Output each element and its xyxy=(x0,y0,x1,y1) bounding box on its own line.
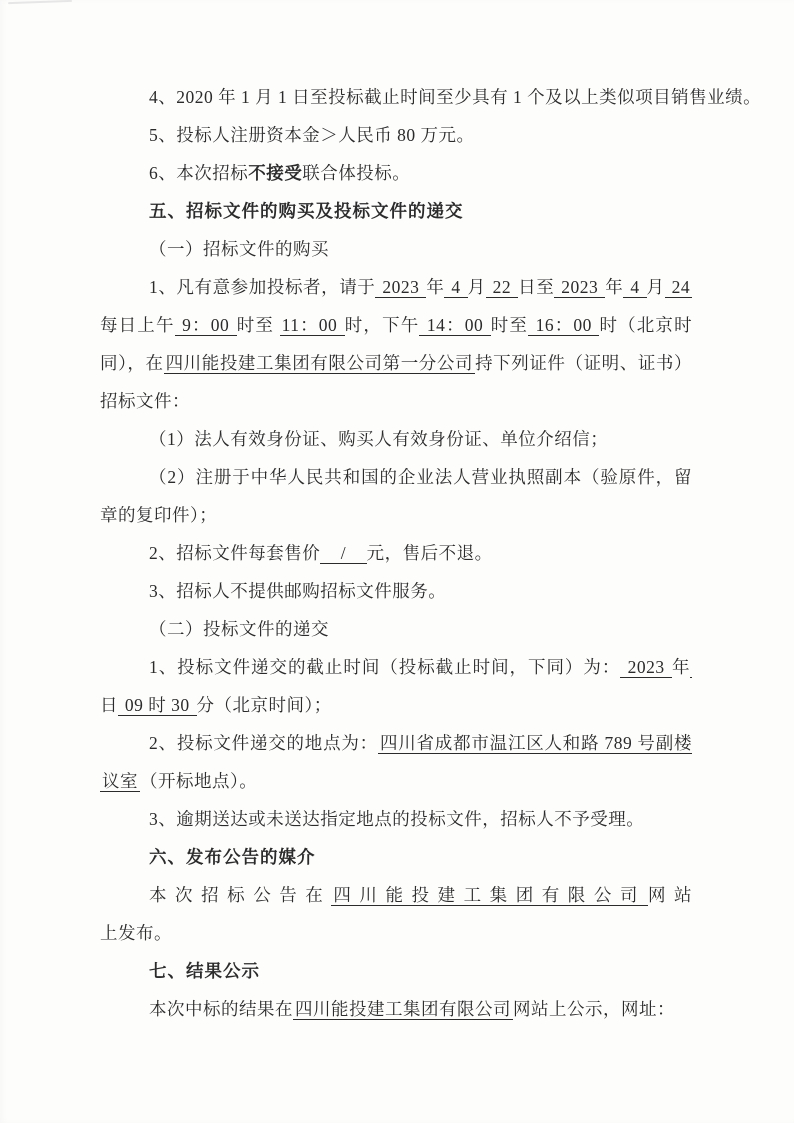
para-purchase-place: 同），在四川能投建工集团有限公司第一分公司持下列证件（证明、证书）购买 xyxy=(100,344,692,382)
text-segment: 4、2020 年 1 月 1 日至投标截止时间至少具有 1 个及以上类似项目销售… xyxy=(149,87,761,107)
text-segment: 本次招标公告在 xyxy=(149,885,331,905)
price-blank-value: / xyxy=(320,543,366,564)
underlined-field: 11：00 xyxy=(280,315,345,336)
document-body: 4、2020 年 1 月 1 日至投标截止时间至少具有 1 个及以上类似项目销售… xyxy=(100,78,692,1028)
underlined-field: 16：00 xyxy=(528,315,599,336)
heading-section-5: 五、招标文件的购买及投标文件的递交 xyxy=(100,192,692,230)
item-no-mail-order: 3、招标人不提供邮购招标文件服务。 xyxy=(100,572,692,610)
text-segment: 3、招标人不提供邮购招标文件服务。 xyxy=(149,581,446,601)
text-segment: 六、发布公告的媒介 xyxy=(149,847,316,867)
text-segment: 年 xyxy=(605,277,623,297)
text-segment: 时至 xyxy=(237,315,280,335)
underlined-field: 2023 xyxy=(620,657,672,678)
text-segment: 年 xyxy=(672,657,690,677)
para-submission-address-end: 议室（开标地点）。 xyxy=(100,762,692,800)
publisher-company-name: 四川能投建工集团有限公司 xyxy=(331,885,648,906)
text-segment: 日 xyxy=(100,695,118,715)
underlined-field: 4 xyxy=(623,277,646,298)
item-price: 2、招标文件每套售价 / 元，售后不退。 xyxy=(100,534,692,572)
emphasized-text: 不接受 xyxy=(248,163,302,183)
purchase-location-company: 四川能投建工集团有限公司第一分公司 xyxy=(164,353,475,374)
text-segment: （2）注册于中华人民共和国的企业法人营业执照副本（验原件，留加盖鲜 xyxy=(149,467,692,496)
underlined-field: 14：00 xyxy=(419,315,490,336)
item-cert-2-end: 章的复印件）； xyxy=(100,496,692,534)
text-segment: 日至 xyxy=(518,277,554,297)
underlined-field: 9：00 xyxy=(175,315,237,336)
text-segment: 联合体投标。 xyxy=(302,163,410,183)
item-6-no-consortium: 6、本次招标不接受联合体投标。 xyxy=(100,154,692,192)
underlined-field: 2023 xyxy=(554,277,605,298)
para-deadline: 1、投标文件递交的截止时间（投标截止时间，下同）为： 2023 年 4 月 27 xyxy=(100,648,692,686)
text-segment: 2、投标文件递交的地点为： xyxy=(149,733,378,753)
underlined-field: 2023 xyxy=(375,277,426,298)
item-4-sales-record: 4、2020 年 1 月 1 日至投标截止时间至少具有 1 个及以上类似项目销售… xyxy=(100,78,692,116)
text-segment: （一）招标文件的购买 xyxy=(149,239,329,259)
para-purchase-hours: 每日上午 9：00 时至 11：00 时，下午 14：00 时至 16：00 时… xyxy=(100,306,692,344)
text-segment: 月 xyxy=(647,277,665,297)
text-segment: 月 xyxy=(468,277,486,297)
text-segment: 上发布。 xyxy=(100,923,172,943)
text-segment: （1）法人有效身份证、购买人有效身份证、单位介绍信； xyxy=(149,429,608,449)
text-segment: 章的复印件）； xyxy=(100,505,217,525)
para-result: 本次中标的结果在四川能投建工集团有限公司网站上公示，网址： xyxy=(100,990,692,1028)
text-segment: 6、本次招标 xyxy=(149,163,248,183)
result-company-name: 四川能投建工集团有限公司 xyxy=(293,999,513,1020)
para-submission-address: 2、投标文件递交的地点为：四川省成都市温江区人和路 789 号副楼 2 楼会 xyxy=(100,724,692,762)
text-segment: 3、逾期送达或未送达指定地点的投标文件，招标人不予受理。 xyxy=(149,809,644,829)
item-cert-1: （1）法人有效身份证、购买人有效身份证、单位介绍信； xyxy=(100,420,692,458)
text-segment: 七、结果公示 xyxy=(149,961,260,981)
scan-artifact xyxy=(8,0,72,4)
item-5-registered-capital: 5、投标人注册资本金＞人民币 80 万元。 xyxy=(100,116,692,154)
submission-address-cont: 议室 xyxy=(100,771,140,792)
para-deadline-end: 日 09 时 30 分（北京时间）； xyxy=(100,686,692,724)
text-segment: 时至 xyxy=(491,315,528,335)
text-segment: 本次中标的结果在 xyxy=(149,999,293,1019)
text-segment: 5、投标人注册资本金＞人民币 80 万元。 xyxy=(149,125,475,145)
item-cert-2: （2）注册于中华人民共和国的企业法人营业执照副本（验原件，留加盖鲜 xyxy=(100,458,692,496)
text-segment: 2、招标文件每套售价 xyxy=(149,543,320,563)
para-announcement: 本次招标公告在四川能投建工集团有限公司网站 https://jgjt.scnyw… xyxy=(100,876,692,914)
subheading-purchase: （一）招标文件的购买 xyxy=(100,230,692,268)
item-overdue: 3、逾期送达或未送达指定地点的投标文件，招标人不予受理。 xyxy=(100,800,692,838)
scanned-document-page: 4、2020 年 1 月 1 日至投标截止时间至少具有 1 个及以上类似项目销售… xyxy=(0,0,794,1123)
text-segment: 招标文件： xyxy=(100,391,190,411)
text-segment: （二）投标文件的递交 xyxy=(149,619,329,639)
para-announcement-end: 上发布。 xyxy=(100,914,692,952)
underlined-field: 09 时 30 xyxy=(118,695,197,716)
text-segment: 同），在 xyxy=(100,353,164,373)
underlined-field: 22 xyxy=(486,277,518,298)
text-segment: 1、凡有意参加投标者，请于 xyxy=(149,277,375,297)
para-purchase-dates: 1、凡有意参加投标者，请于 2023 年 4 月 22 日至 2023 年 4 … xyxy=(100,268,692,306)
text-segment: 网站上公示，网址： xyxy=(513,999,675,1019)
text-segment: 元，售后不退。 xyxy=(367,543,493,563)
text-segment: 每日上午 xyxy=(100,315,175,335)
heading-section-6: 六、发布公告的媒介 xyxy=(100,838,692,876)
text-segment: 分（北京时间）； xyxy=(197,695,332,715)
text-segment: 年 xyxy=(426,277,444,297)
text-segment: 五、招标文件的购买及投标文件的递交 xyxy=(149,201,464,221)
underlined-field: 4 xyxy=(444,277,467,298)
text-segment: 1、投标文件递交的截止时间（投标截止时间，下同）为： xyxy=(149,657,620,677)
text-segment: 网站 xyxy=(648,885,692,905)
para-purchase-place-end: 招标文件： xyxy=(100,382,692,420)
text-segment: （开标地点）。 xyxy=(140,771,257,791)
heading-section-7: 七、结果公示 xyxy=(100,952,692,990)
subheading-submission: （二）投标文件的递交 xyxy=(100,610,692,648)
underlined-field: 24 xyxy=(665,277,692,298)
text-segment: 时，下午 xyxy=(345,315,420,335)
